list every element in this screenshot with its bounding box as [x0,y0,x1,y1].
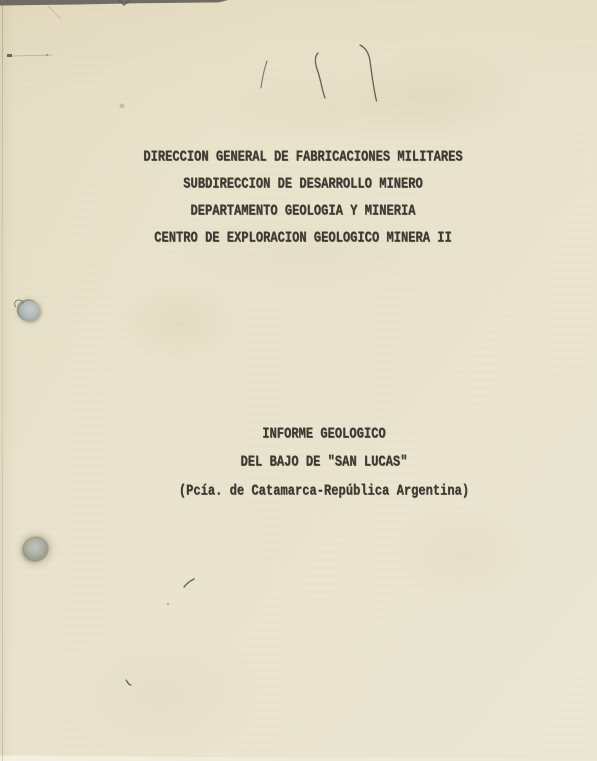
pen-stroke-2 [315,53,325,98]
letterhead: DIRECCION GENERAL DE FABRICACIONES MILIT… [11,144,595,252]
pen-dot [167,603,169,605]
report-title: INFORME GEOLOGICO DEL BAJO DE "SAN LUCAS… [52,420,596,505]
paper-stain-texture [0,0,597,761]
scan-edge-top [0,0,228,6]
faint-pencil-line [48,6,61,19]
paper-crease-left [2,0,3,761]
margin-mark-dot [7,54,12,57]
bottom-tick-mark [126,680,131,685]
punch-hole-top [19,301,40,321]
title-line-provincia: (Pcía. de Catamarca-República Argentina) [52,473,596,508]
graphite-smudge [120,104,125,109]
handwritten-pen-marks [0,0,597,761]
pen-stroke-3 [360,45,377,101]
margin-mark-line [13,55,52,56]
scan-edge-bottom [0,755,597,761]
org-line-centro: CENTRO DE EXPLORACION GEOLOGICO MINERA I… [11,222,595,255]
pen-slash-mark [184,579,194,587]
scanned-document-page: DIRECCION GENERAL DE FABRICACIONES MILIT… [0,0,597,761]
pen-stroke-1 [261,61,267,88]
margin-mark-tick [46,54,48,56]
punch-hole-bottom [24,538,47,560]
